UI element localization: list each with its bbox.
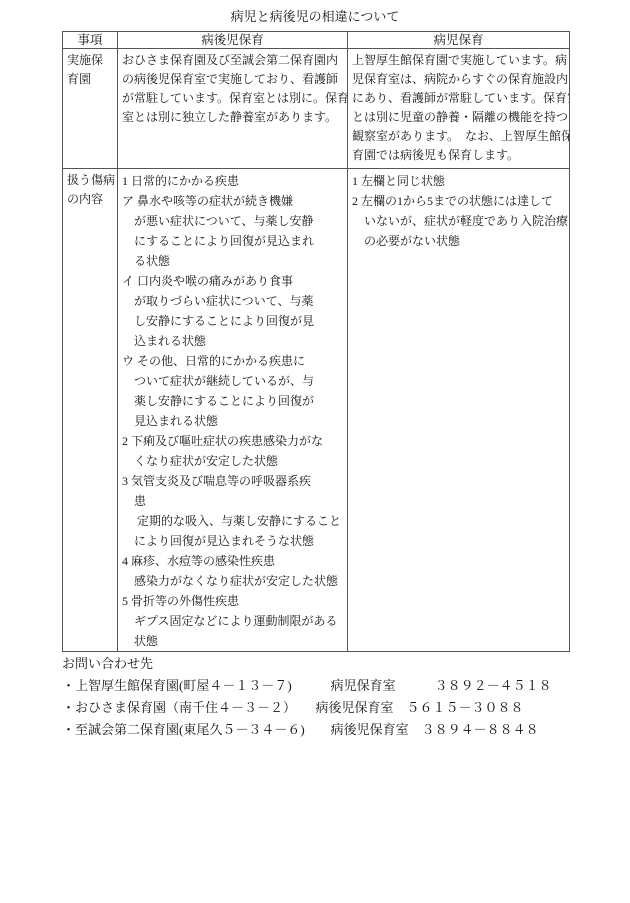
text-line: の病後児保育室で実施しており、看護師: [122, 70, 344, 89]
text-line: 感染力がなくなり症状が安定した状態: [122, 571, 344, 591]
text-line: 観察室があります。 なお、上智厚生館保: [352, 127, 566, 146]
row-label-facilities: 実施保 育園: [63, 49, 118, 169]
table-row-illness-scope: 扱う傷病 の内容 1 日常的にかかる疾患ア 鼻水や咳等の症状が続き機嫌 が悪い症…: [63, 169, 570, 652]
text-line: ウ その他、日常的にかかる疾患に: [122, 351, 344, 371]
text-line: ついて症状が継続しているが、与: [122, 371, 344, 391]
text-line: いないが、症状が軽度であり入院治療: [352, 211, 566, 231]
text-line: により回復が見込まれそうな状態: [122, 531, 344, 551]
table-row-facilities: 実施保 育園 おひさま保育園及び至誠会第二保育園内の病後児保育室で実施しており、…: [63, 49, 570, 169]
text-line: が悪い症状について、与薬し安静: [122, 211, 344, 231]
text-line: にあり、看護師が常駐しています。保育室: [352, 89, 566, 108]
text-line: イ 口内炎や喉の痛みがあり食事: [122, 271, 344, 291]
text-line: 状態: [122, 631, 344, 651]
contact-heading: お問い合わせ先: [62, 653, 552, 674]
document-page: 病児と病後児の相違について 事項 病後児保育 病児保育 実施保 育園 おひさま保…: [0, 0, 630, 903]
text-line: 患: [122, 491, 344, 511]
contact-section: お問い合わせ先 ・上智厚生館保育園(町屋４－１３－７) 病児保育室 ３８９２－４…: [62, 653, 552, 741]
text-line: ・至誠会第二保育園(東尾久５－３４－６) 病後児保育室 ３８９４－８８４８: [62, 719, 552, 741]
text-line: 込まれる状態: [122, 331, 344, 351]
cell-sick-child-scope: 1 左欄と同じ状態2 左欄の1から5までの状態には達して いないが、症状が軽度で…: [348, 169, 570, 652]
text-line: 4 麻疹、水痘等の感染性疾患: [122, 551, 344, 571]
text-line: 上智厚生館保育園で実施しています。病: [352, 51, 566, 70]
text-line: 5 骨折等の外傷性疾患: [122, 591, 344, 611]
text-line: し安静にすることにより回復が見: [122, 311, 344, 331]
text-line: 1 左欄と同じ状態: [352, 171, 566, 191]
text-line: 1 日常的にかかる疾患: [122, 171, 344, 191]
cell-post-illness-facilities: おひさま保育園及び至誠会第二保育園内の病後児保育室で実施しており、看護師が常駐し…: [118, 49, 348, 169]
text-line: の必要がない状態: [352, 231, 566, 251]
text-line: ギプス固定などにより運動制限がある: [122, 611, 344, 631]
text-line: が常駐しています。保育室とは別に。保育: [122, 89, 344, 108]
text-line: にすることにより回復が見込まれ: [122, 231, 344, 251]
cell-sick-child-facilities: 上智厚生館保育園で実施しています。病児保育室は、病院からすぐの保育施設内にあり、…: [348, 49, 570, 169]
table-header-row: 事項 病後児保育 病児保育: [63, 32, 570, 49]
text-line: ・上智厚生館保育園(町屋４－１３－７) 病児保育室 ３８９２－４５１８: [62, 675, 552, 697]
text-line: とは別に児童の静養・隔離の機能を持つ: [352, 108, 566, 127]
text-line: 室とは別に独立した静養室があります。: [122, 108, 344, 127]
text-line: ・おひさま保育園（南千住４－３－２） 病後児保育室 ５６１５－３０８８: [62, 697, 552, 719]
comparison-table: 事項 病後児保育 病児保育 実施保 育園 おひさま保育園及び至誠会第二保育園内の…: [62, 31, 570, 652]
header-sick-child-care: 病児保育: [348, 32, 570, 49]
text-line: 児保育室は、病院からすぐの保育施設内: [352, 70, 566, 89]
text-line: くなり症状が安定した状態: [122, 451, 344, 471]
page-title: 病児と病後児の相違について: [0, 8, 630, 26]
text-line: 2 下痢及び嘔吐症状の疾患感染力がな: [122, 431, 344, 451]
header-item: 事項: [63, 32, 118, 49]
text-line: 3 気管支炎及び喘息等の呼吸器系疾: [122, 471, 344, 491]
cell-post-illness-scope: 1 日常的にかかる疾患ア 鼻水や咳等の症状が続き機嫌 が悪い症状について、与薬し…: [118, 169, 348, 652]
text-line: 2 左欄の1から5までの状態には達して: [352, 191, 566, 211]
text-line: ア 鼻水や咳等の症状が続き機嫌: [122, 191, 344, 211]
text-line: る状態: [122, 251, 344, 271]
text-line: おひさま保育園及び至誠会第二保育園内: [122, 51, 344, 70]
text-line: 薬し安静にすることにより回復が: [122, 391, 344, 411]
text-line: が取りづらい症状について、与薬: [122, 291, 344, 311]
header-post-illness-care: 病後児保育: [118, 32, 348, 49]
text-line: 見込まれる状態: [122, 411, 344, 431]
contact-list: ・上智厚生館保育園(町屋４－１３－７) 病児保育室 ３８９２－４５１８・おひさま…: [62, 675, 552, 741]
row-label-illness-scope: 扱う傷病 の内容: [63, 169, 118, 652]
text-line: 定期的な吸入、与薬し安静にすること: [122, 511, 344, 531]
text-line: 育園では病後児も保育します。: [352, 146, 566, 165]
